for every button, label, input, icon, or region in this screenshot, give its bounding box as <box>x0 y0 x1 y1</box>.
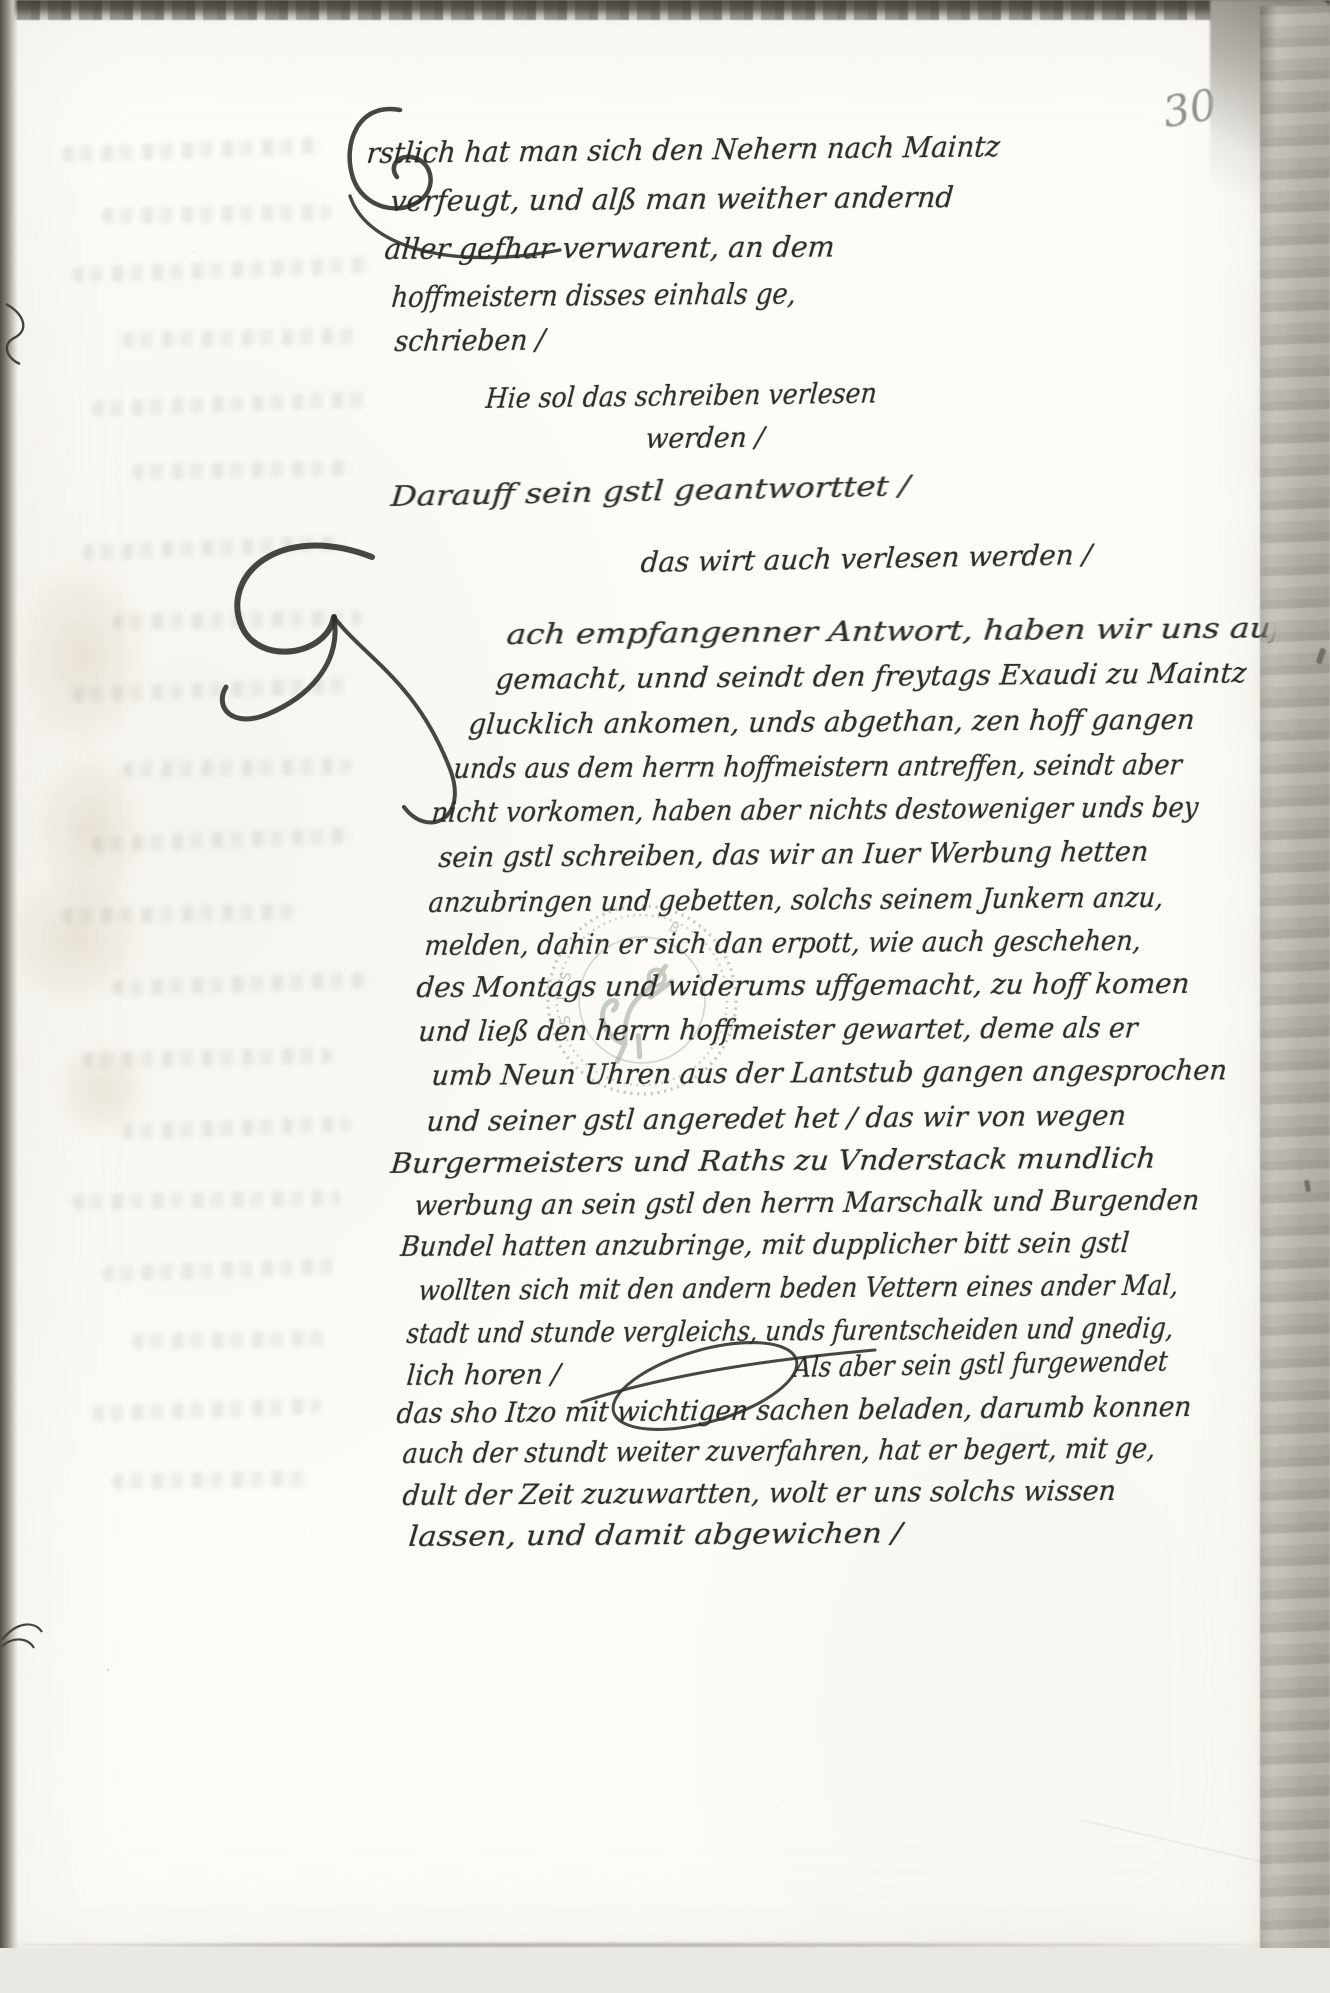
binding-thread-icon <box>0 300 40 370</box>
manuscript-line: anzubringen und gebetten, solchs seinem … <box>427 881 1164 919</box>
manuscript-line: wollten sich mit den andern beden Vetter… <box>417 1269 1179 1307</box>
manuscript-line: hoffmeistern disses einhals ge, <box>390 276 797 314</box>
manuscript-line: Bundel hatten anzubringe, mit dupplicher… <box>399 1226 1130 1263</box>
manuscript-line: ach empfangenner Antwort, haben wir uns … <box>505 611 1305 651</box>
page-edge-right <box>1260 6 1330 1956</box>
mid-line-flourish <box>580 1328 880 1443</box>
page-bottom-shadow <box>8 1943 1278 1947</box>
manuscript-line: werbung an sein gstl den herrn Marschalk… <box>413 1184 1200 1222</box>
manuscript-line: unds aus dem herrn hoffmeistern antreffe… <box>452 748 1183 785</box>
page-edge-top <box>0 0 1330 20</box>
paper-stain <box>55 1040 150 1140</box>
paper-stain <box>8 868 148 1008</box>
binding-thread-icon <box>0 1612 46 1662</box>
manuscript-line: und ließ den herrn hoffmeister gewartet,… <box>417 1011 1139 1048</box>
manuscript-line: nicht vorkomen, haben aber nichts destow… <box>430 791 1199 829</box>
manuscript-line: lich horen / <box>405 1358 561 1392</box>
manuscript-line: melden, dahin er sich dan erpott, wie au… <box>423 924 1142 962</box>
page-edge-bottom <box>0 1948 1330 1993</box>
manuscript-line: dult der Zeit zuzuwartten, wolt er uns s… <box>401 1474 1117 1512</box>
initial-letter-flourish <box>338 100 588 275</box>
manuscript-line: werden / <box>644 421 765 455</box>
manuscript-line: Hie sol das schreiben verlesen <box>485 377 878 415</box>
manuscript-line: umb Neun Uhren aus der Lantstub gangen a… <box>430 1053 1228 1092</box>
manuscript-line: Burgermeisters und Raths zu Vnderstack m… <box>389 1142 1157 1180</box>
manuscript-line: schrieben / <box>393 323 546 358</box>
manuscript-line: glucklich ankomen, unds abgethan, zen ho… <box>467 703 1196 741</box>
paragraph-initial-flourish <box>212 535 522 845</box>
manuscript-line: lassen, und damit abgewichen / <box>407 1517 903 1553</box>
binding-edge-left <box>0 0 18 1993</box>
manuscript-scan: S I S B rstlich hat man sich den Nehern … <box>0 0 1330 1993</box>
paper-stain <box>18 555 148 755</box>
manuscript-line: gemacht, unnd seindt den freytags Exaudi… <box>494 656 1247 696</box>
manuscript-line: des Montags und widerums uffgemacht, zu … <box>415 967 1191 1004</box>
manuscript-line: und seiner gstl angeredet het / das wir … <box>425 1099 1127 1138</box>
manuscript-line: sein gstl schreiben, das wir an Iuer Wer… <box>437 835 1149 874</box>
